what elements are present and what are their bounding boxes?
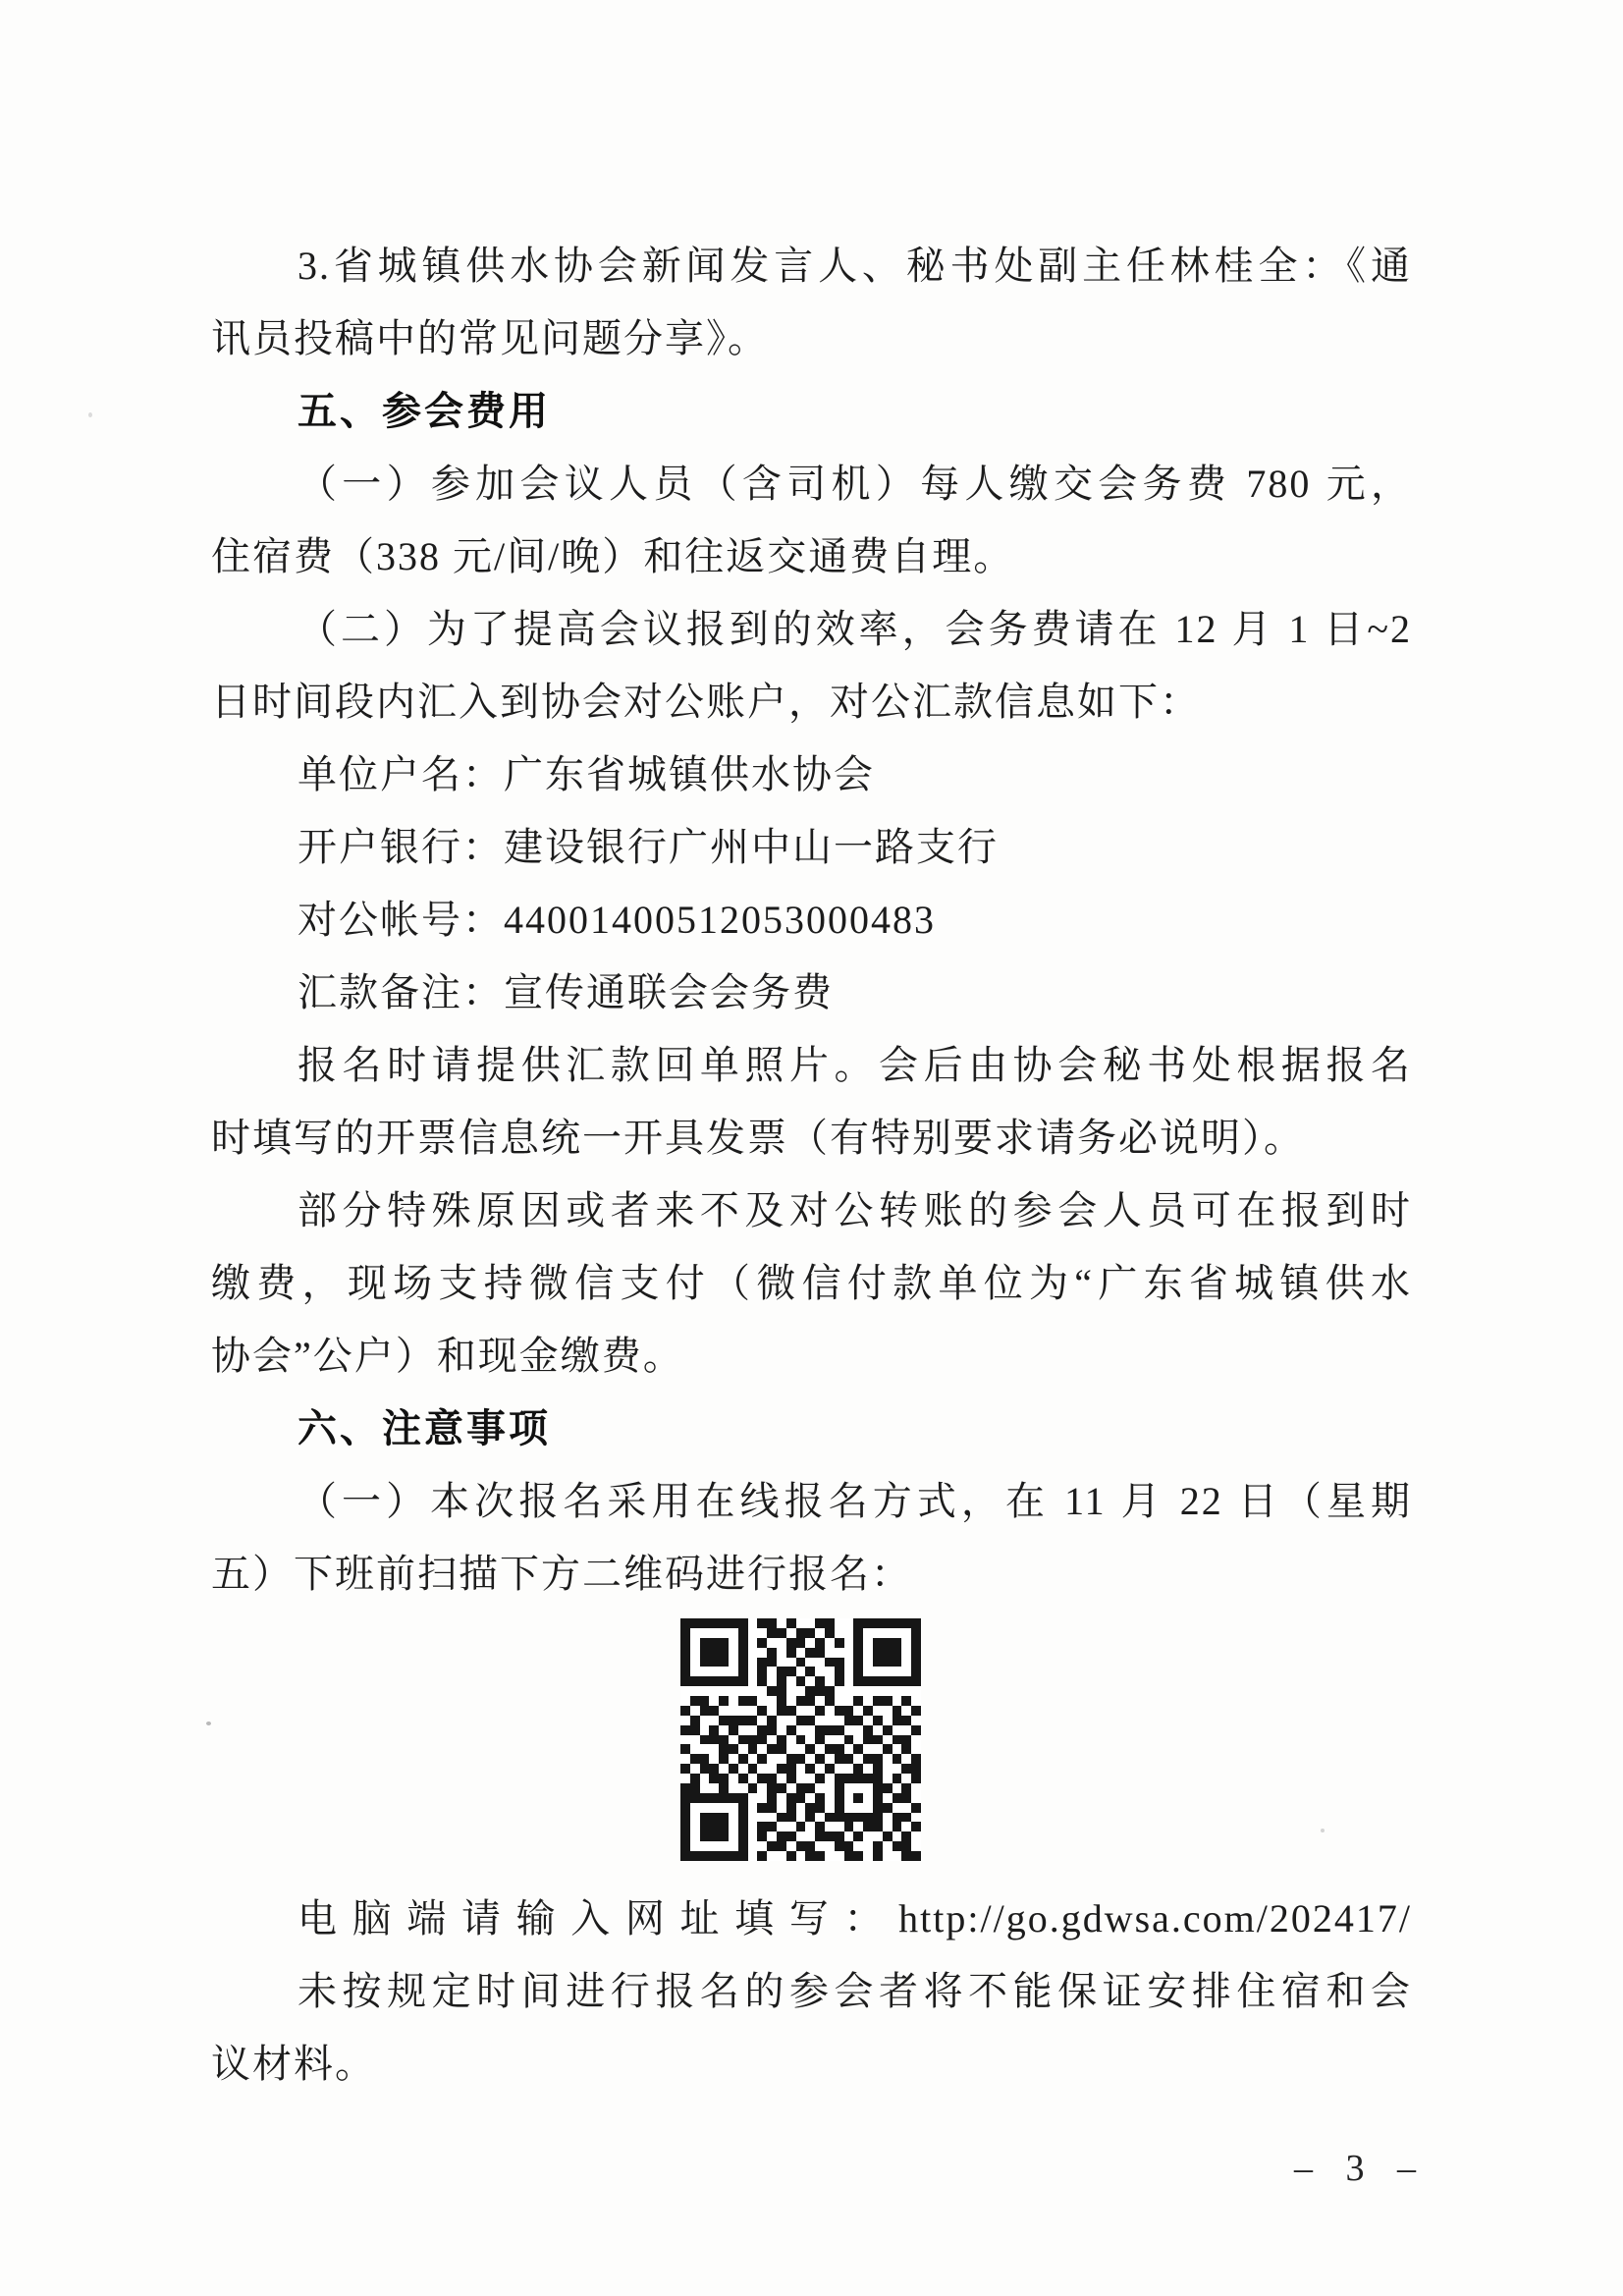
qr-code	[680, 1618, 921, 1861]
doc-line: 缴费，现场支持微信支付（微信付款单位为“广东省城镇供水	[211, 1247, 1412, 1320]
doc-line: 单位户名：广东省城镇供水协会	[211, 738, 1412, 811]
doc-line: 3.省城镇供水协会新闻发言人、秘书处副主任林桂全：《通	[211, 230, 1412, 302]
section-heading: 五、参会费用	[211, 375, 1412, 448]
document-body: 3.省城镇供水协会新闻发言人、秘书处副主任林桂全：《通讯员投稿中的常见问题分享》…	[211, 230, 1412, 2101]
doc-line: 部分特殊原因或者来不及对公转账的参会人员可在报到时	[211, 1175, 1412, 1247]
section-heading: 六、注意事项	[211, 1393, 1412, 1465]
page-number: – 3 –	[1294, 2147, 1428, 2190]
doc-line: 日时间段内汇入到协会对公账户，对公汇款信息如下：	[211, 666, 1412, 738]
doc-line: 住宿费（338 元/间/晚）和往返交通费自理。	[211, 520, 1412, 593]
doc-line: 五）下班前扫描下方二维码进行报名：	[211, 1538, 1412, 1611]
scan-speck	[88, 412, 92, 417]
doc-line: 时填写的开票信息统一开具发票（有特别要求请务必说明）。	[211, 1102, 1412, 1175]
doc-line: （一）参加会议人员（含司机）每人缴交会务费 780 元，	[211, 448, 1412, 520]
doc-line: 开户银行：建设银行广州中山一路支行	[211, 811, 1412, 884]
document-page: 3.省城镇供水协会新闻发言人、秘书处副主任林桂全：《通讯员投稿中的常见问题分享》…	[0, 0, 1623, 2296]
doc-line: 报名时请提供汇款回单照片。会后由协会秘书处根据报名	[211, 1029, 1412, 1102]
doc-line: 议材料。	[211, 2028, 1412, 2101]
doc-line: 汇款备注：宣传通联会会务费	[211, 957, 1412, 1029]
doc-line: 协会”公户）和现金缴费。	[211, 1320, 1412, 1393]
doc-line: 讯员投稿中的常见问题分享》。	[211, 302, 1412, 375]
doc-line: 电脑端请输入网址填写：http://go.gdwsa.com/202417/	[211, 1883, 1412, 1955]
doc-line: （一）本次报名采用在线报名方式，在 11 月 22 日（星期	[211, 1465, 1412, 1538]
doc-line: 对公帐号：44001400512053000483	[211, 884, 1412, 957]
qr-code-modules	[680, 1618, 921, 1861]
doc-line: 未按规定时间进行报名的参会者将不能保证安排住宿和会	[211, 1955, 1412, 2028]
doc-line: （二）为了提高会议报到的效率，会务费请在 12 月 1 日~2	[211, 593, 1412, 666]
